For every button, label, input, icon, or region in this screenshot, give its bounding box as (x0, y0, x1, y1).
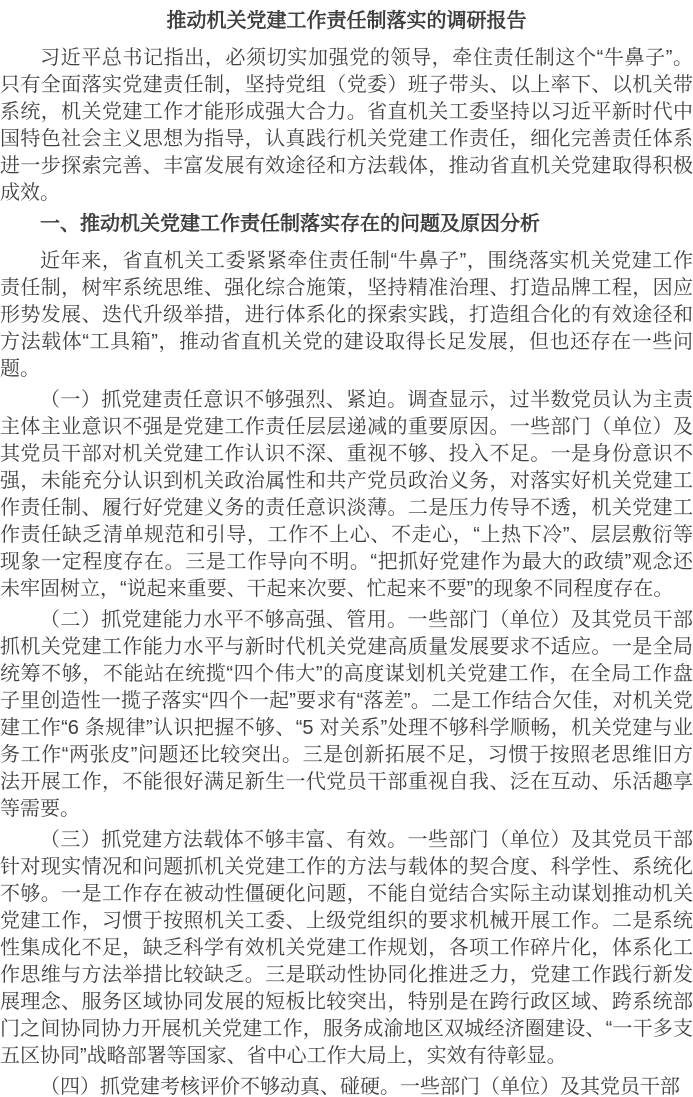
document-page: 推动机关党建工作责任制落实的调研报告 习近平总书记指出，必须切实加强党的领导，牵… (0, 0, 693, 1097)
section-1-overview-paragraph: 近年来，省直机关工委紧紧牵住责任制“牛鼻子”，围绕落实机关党建工作责任制，树牢系… (0, 248, 693, 383)
problem-1-paragraph: （一）抓党建责任意识不够强烈、紧迫。调查显示，过半数党员认为主责主体主业意识不强… (0, 387, 693, 603)
problem-3-paragraph: （三）抓党建方法载体不够丰富、有效。一些部门（单位）及其党员干部针对现实情况和问… (0, 827, 693, 1070)
document-title: 推动机关党建工作责任制落实的调研报告 (0, 8, 693, 35)
section-1-heading: 一、推动机关党建工作责任制落实存在的问题及原因分析 (0, 211, 693, 238)
problem-4-paragraph-clipped: （四）抓党建考核评价不够动真、碰硬。一些部门（单位）及其党员干部 (0, 1074, 693, 1097)
intro-paragraph: 习近平总书记指出，必须切实加强党的领导，牵住责任制这个“牛鼻子”。只有全面落实党… (0, 45, 693, 207)
problem-2-paragraph: （二）抓党建能力水平不够高强、管用。一些部门（单位）及其党员干部抓机关党建工作能… (0, 607, 693, 823)
